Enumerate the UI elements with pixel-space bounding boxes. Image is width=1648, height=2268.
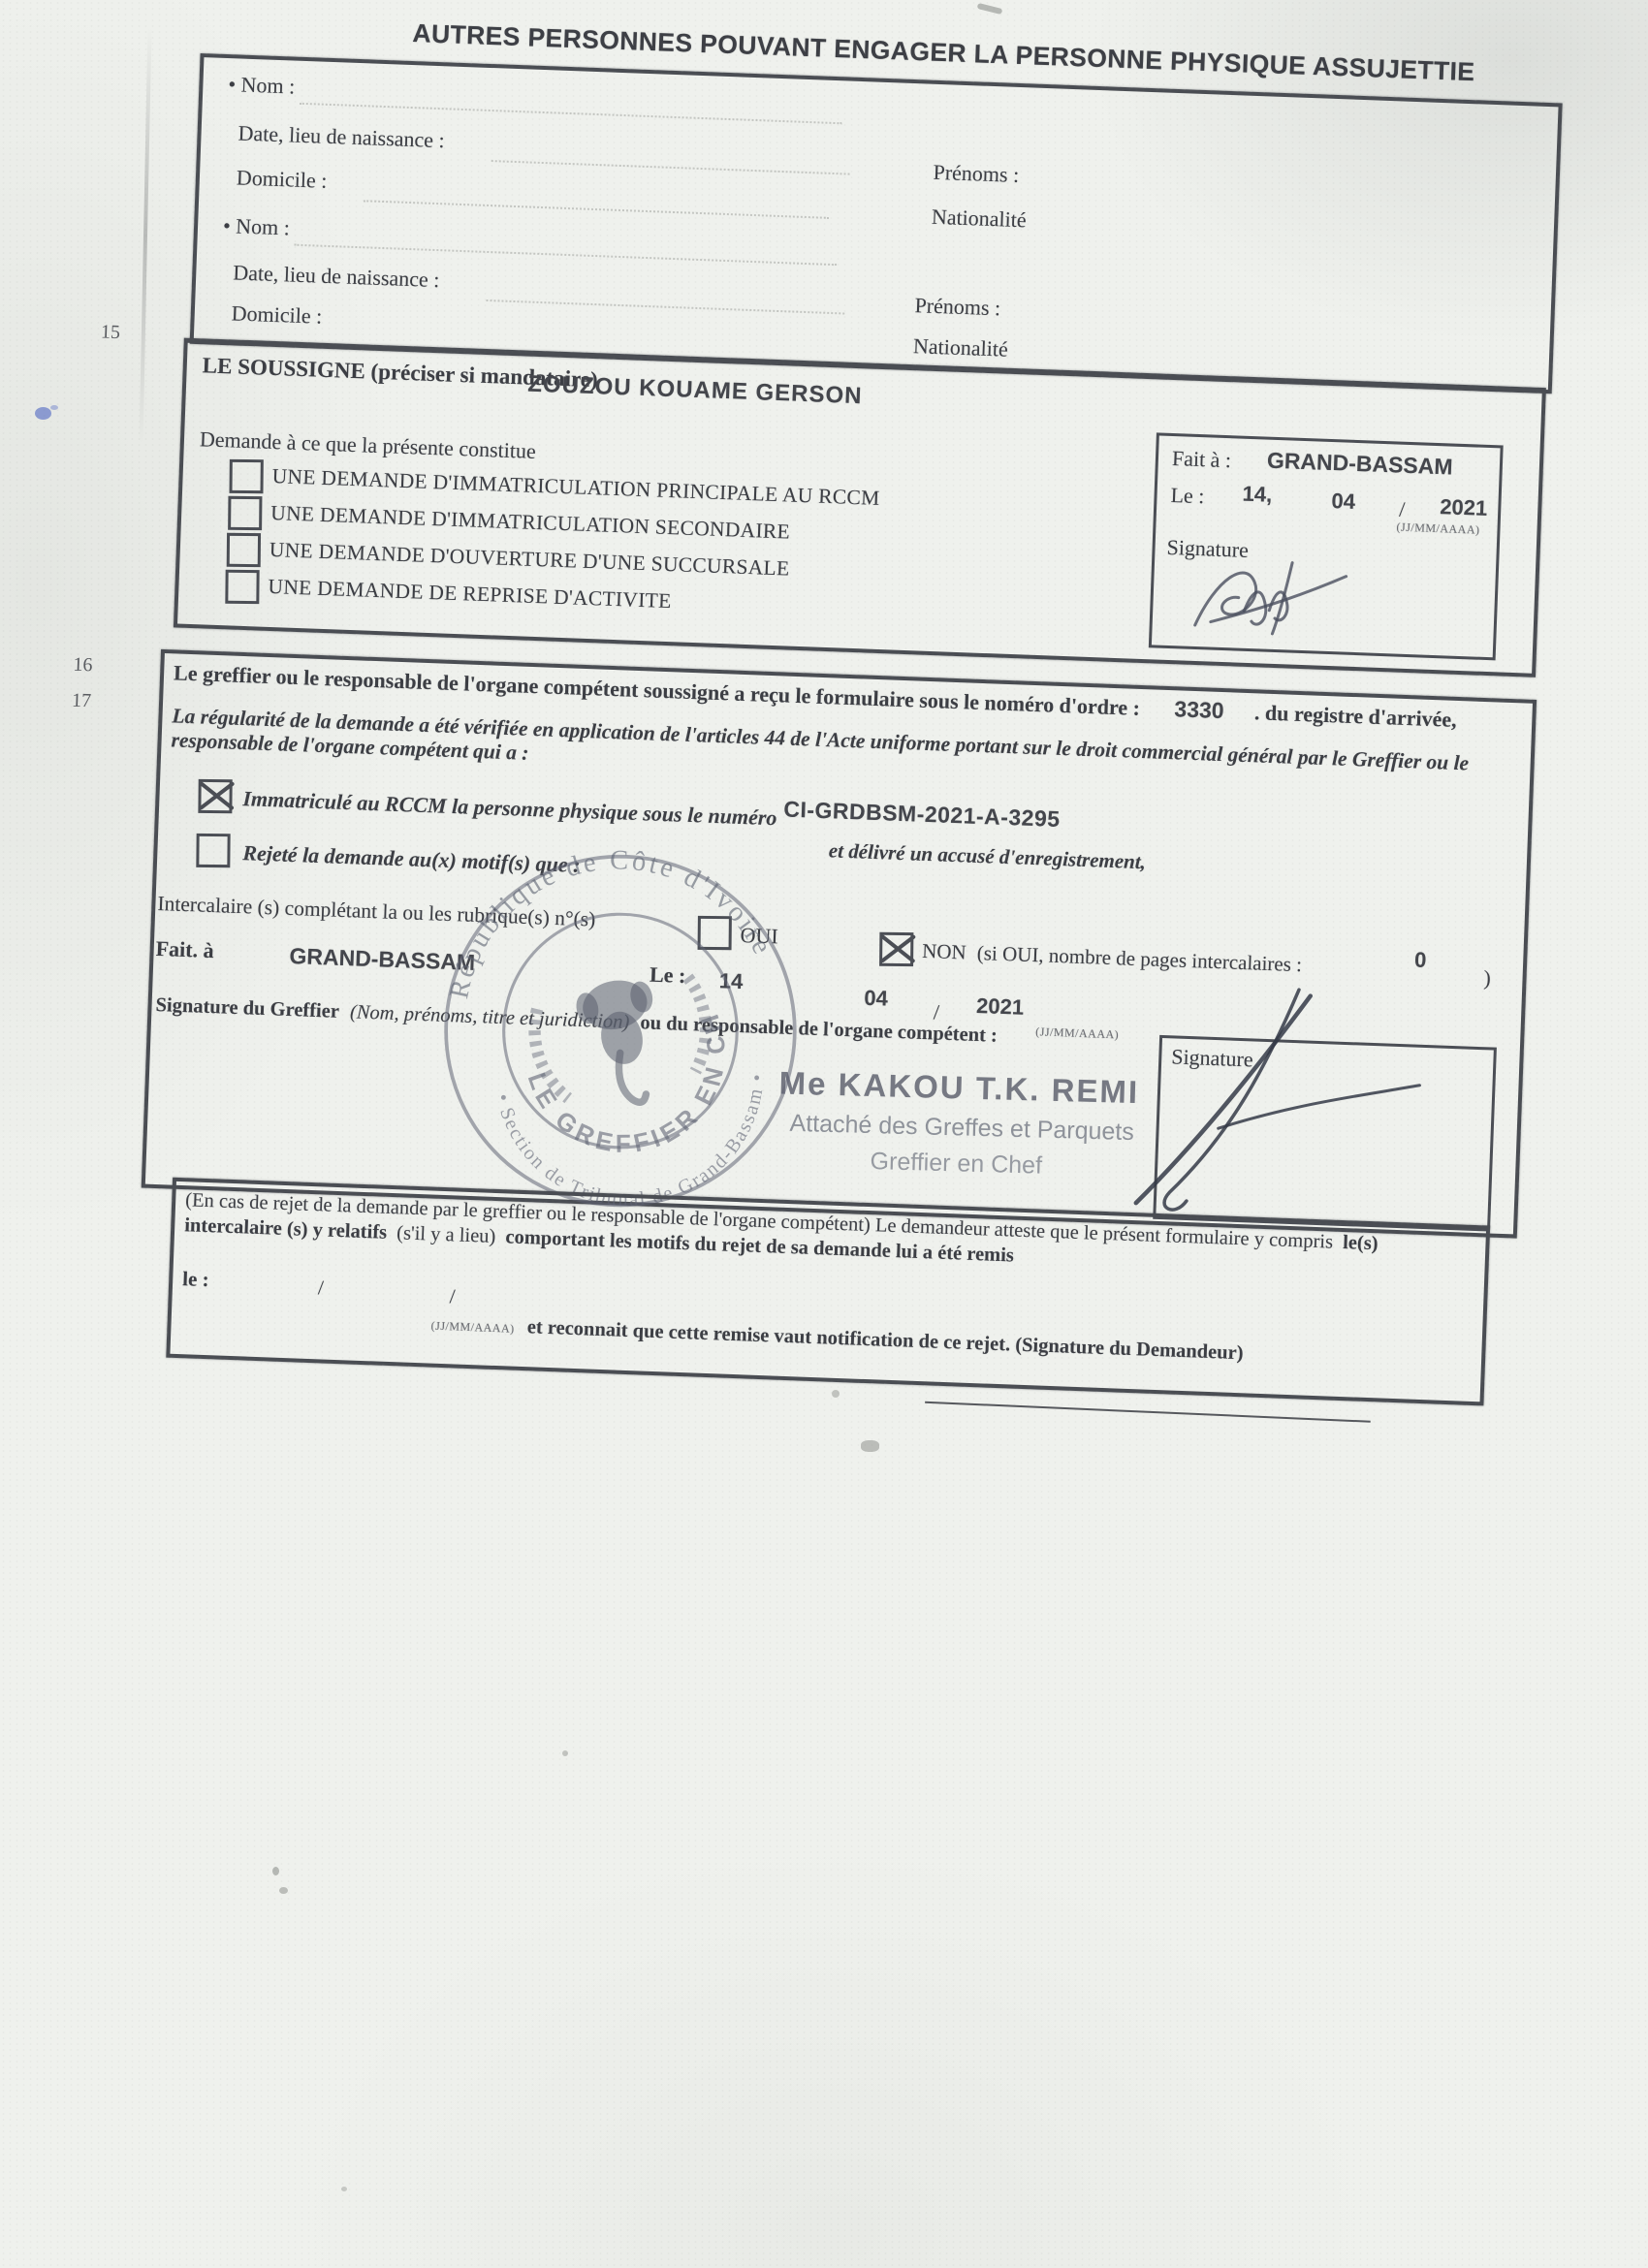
field-line (491, 159, 850, 175)
checkbox-non[interactable] (879, 932, 913, 966)
pages-intercalaires-count: 0 (1414, 948, 1427, 973)
date-separator: / (1399, 497, 1406, 522)
date-format-hint: (JJ/MM/AAAA) (1396, 520, 1480, 538)
naissance-label-2: Date, lieu de naissance : (233, 260, 440, 293)
fait-a-label-greffier: Fait. à (155, 936, 214, 963)
court-seal-stamp: République de Côte d'Ivoire • Section de… (407, 817, 835, 1244)
scan-speck (977, 3, 1003, 15)
checkbox-rejete[interactable] (196, 834, 230, 867)
nationalite-label-2: Nationalité (913, 333, 1009, 362)
remis-date-format: (JJ/MM/AAAA) (430, 1319, 514, 1336)
receipt-suffix: . du registre d'arrivée, (1254, 700, 1458, 732)
margin-number-16: 16 (73, 654, 93, 677)
order-number: 3330 (1174, 696, 1224, 723)
remis-date-slash2: / (449, 1284, 456, 1308)
blue-ink-dot (35, 407, 51, 420)
field-line (486, 299, 844, 315)
blue-ink-dot-tail (50, 405, 58, 410)
scan-speck (279, 1887, 288, 1894)
remis-date-slash1: / (318, 1276, 325, 1300)
accuse-enregistrement: et délivré un accusé d'enregistrement, (828, 838, 1146, 874)
other-persons-box: • Nom : Date, lieu de naissance : Prénom… (190, 53, 1563, 394)
naissance-label-1: Date, lieu de naissance : (238, 120, 445, 153)
rccm-number: CI-GRDBSM-2021-A-3295 (783, 797, 1061, 833)
fait-a-label: Fait à : (1172, 446, 1232, 473)
le-label: Le : (1170, 483, 1205, 509)
field-line (294, 243, 837, 267)
fait-a-box: Fait à : GRAND-BASSAM Le : 14, 04 / 2021… (1149, 432, 1504, 660)
immatricule-label: Immatriculé au RCCM la personne physique… (242, 786, 777, 831)
greffier-signature (1100, 973, 1429, 1237)
non-suffix: (si OUI, nombre de pages intercalaires : (976, 941, 1302, 976)
nom-label-1: • Nom : (228, 72, 296, 100)
date-month: 04 (1331, 488, 1355, 515)
non-word: NON (922, 939, 967, 964)
field-line (300, 102, 842, 125)
date-year: 2021 (1440, 494, 1488, 521)
fait-a-city: GRAND-BASSAM (1266, 448, 1453, 481)
rejection-p2: et reconnait que cette remise vaut notif… (526, 1316, 1244, 1364)
declarant-name: ZOUZOU KOUAME GERSON (527, 371, 863, 411)
rejection-p1c: (s'il y a lieu) (396, 1222, 496, 1247)
margin-number-15: 15 (101, 321, 121, 344)
field-line (364, 199, 829, 219)
nationalite-label-1: Nationalité (931, 205, 1027, 234)
greffier-box: Le greffier ou le responsable de l'organ… (142, 649, 1537, 1239)
date-day: 14, (1242, 482, 1273, 508)
date-year-greffier: 2021 (976, 993, 1025, 1021)
prenoms-label-1: Prénoms : (933, 160, 1020, 188)
date-month-greffier: 04 (864, 986, 888, 1012)
option-label-reprise: UNE DEMANDE DE REPRISE D'ACTIVITE (268, 575, 672, 614)
prenoms-label-2: Prénoms : (914, 293, 1001, 321)
option-label-succursale: UNE DEMANDE D'OUVERTURE D'UNE SUCCURSALE (269, 538, 789, 582)
scan-speck (562, 1750, 568, 1756)
checkbox-demande-secondaire[interactable] (228, 496, 262, 530)
checkbox-reprise-activite[interactable] (225, 570, 259, 604)
form-sheet: AUTRES PERSONNES POUVANT ENGAGER LA PERS… (69, 16, 1546, 1521)
domicile-label-1: Domicile : (236, 165, 327, 193)
close-paren: ) (1483, 965, 1491, 991)
nom-label-2: • Nom : (223, 213, 291, 241)
domicile-label-2: Domicile : (231, 300, 322, 329)
rejection-footer: (JJ/MM/AAAA) et reconnait que cette remi… (430, 1313, 1244, 1366)
soussigne-box: LE SOUSSIGNE (préciser si mandataire) ZO… (174, 338, 1546, 677)
margin-number-17: 17 (72, 690, 92, 713)
declarant-signature (1181, 546, 1388, 650)
remis-le-label: le : (182, 1267, 209, 1292)
non-label: NON (si OUI, nombre de pages intercalair… (922, 939, 1303, 977)
demandeur-signature-line (925, 1402, 1371, 1423)
checkbox-ouverture-succursale[interactable] (227, 533, 261, 567)
checkbox-demande-principale[interactable] (229, 459, 263, 493)
scan-speck (272, 1867, 279, 1875)
scanned-form-page: { "colors": { "ink": "#3c3e44", "stamp_i… (0, 0, 1648, 2268)
date-separator-greffier: / (933, 999, 939, 1024)
scan-speck (341, 2187, 347, 2191)
option-label-secondaire: UNE DEMANDE D'IMMATRICULATION SECONDAIRE (270, 501, 791, 545)
checkbox-immatricule[interactable] (198, 779, 232, 813)
sig-prefix: Signature du Greffier (155, 994, 339, 1023)
